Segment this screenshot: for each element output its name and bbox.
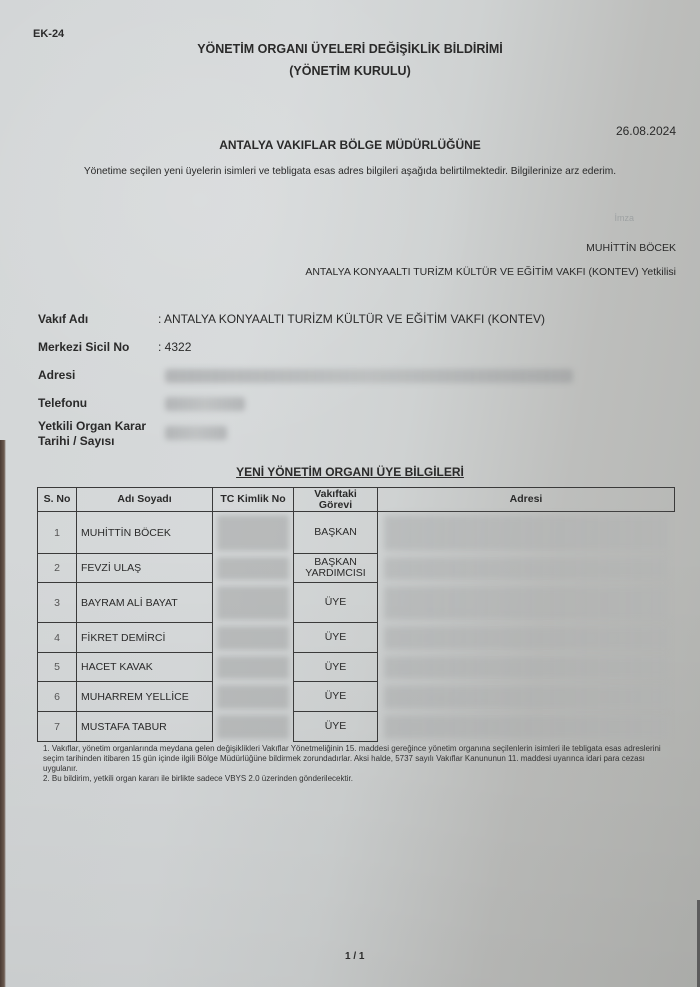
redacted-address [165,369,573,383]
intro-text: Yönetime seçilen yeni üyelerin isimleri … [0,166,700,177]
redacted-tc [213,583,294,623]
redacted-member-address [378,653,675,682]
col-header-duty: Vakıftaki Görevi [294,488,378,512]
redacted-tc [213,682,294,712]
member-duty: BAŞKAN YARDIMCISI [294,554,378,583]
redacted-member-address [378,583,675,623]
col-header-name: Adı Soyadı [77,488,213,512]
footnotes: 1. Vakıflar, yönetim organlarında meydan… [43,744,673,784]
row-number: 4 [38,623,77,653]
redacted-decision [165,426,227,440]
member-duty: BAŞKAN [294,512,378,554]
karar-label-line2: Tarihi / Sayısı [38,434,114,448]
row-number: 3 [38,583,77,623]
footnote-1: 1. Vakıflar, yönetim organlarında meydan… [43,744,673,774]
redacted-member-address [378,712,675,742]
member-name: MUHİTTİN BÖCEK [77,512,213,554]
member-duty: ÜYE [294,682,378,712]
addressee: ANTALYA VAKIFLAR BÖLGE MÜDÜRLÜĞÜNE [0,138,700,152]
document-subtitle: (YÖNETİM KURULU) [0,64,700,78]
col-header-no: S. No [38,488,77,512]
document-date: 26.08.2024 [616,124,676,138]
members-section-title: YENİ YÖNETİM ORGANI ÜYE BİLGİLERİ [0,465,700,479]
table-row: 6MUHARREM YELLİCEÜYE [38,682,675,712]
member-duty: ÜYE [294,583,378,623]
redacted-tc [213,653,294,682]
sicil-value: : 4322 [158,340,191,354]
document-title: YÖNETİM ORGANI ÜYELERİ DEĞİŞİKLİK BİLDİR… [0,42,700,56]
redacted-phone [165,397,245,411]
member-duty: ÜYE [294,653,378,682]
redacted-member-address [378,623,675,653]
vakif-adi-label: Vakıf Adı [38,312,88,326]
page-indicator: 1 / 1 [345,951,364,962]
member-name: FEVZİ ULAŞ [77,554,213,583]
signer-role: ANTALYA KONYAALTI TURİZM KÜLTÜR VE EĞİTİ… [305,266,676,278]
col-header-address: Adresi [378,488,675,512]
footnote-2: 2. Bu bildirim, yetkili organ kararı ile… [43,774,673,784]
karar-label-line1: Yetkili Organ Karar [38,419,146,433]
form-code: EK-24 [33,28,64,40]
redacted-tc [213,554,294,583]
desk-edge-left [0,440,6,987]
table-row: 2FEVZİ ULAŞBAŞKAN YARDIMCISI [38,554,675,583]
signature-label: İmza [614,213,634,223]
row-number: 1 [38,512,77,554]
redacted-tc [213,623,294,653]
member-name: FİKRET DEMİRCİ [77,623,213,653]
table-row: 1MUHİTTİN BÖCEKBAŞKAN [38,512,675,554]
table-row: 3BAYRAM ALİ BAYATÜYE [38,583,675,623]
col-header-tc: TC Kimlik No [213,488,294,512]
row-number: 7 [38,712,77,742]
adres-label: Adresi [38,368,75,382]
table-row: 7MUSTAFA TABURÜYE [38,712,675,742]
row-number: 2 [38,554,77,583]
member-name: MUSTAFA TABUR [77,712,213,742]
member-name: MUHARREM YELLİCE [77,682,213,712]
row-number: 6 [38,682,77,712]
member-duty: ÜYE [294,712,378,742]
member-duty: ÜYE [294,623,378,653]
vakif-adi-value: : ANTALYA KONYAALTI TURİZM KÜLTÜR VE EĞİ… [158,312,545,326]
redacted-tc [213,712,294,742]
redacted-tc [213,512,294,554]
sicil-label: Merkezi Sicil No [38,340,129,354]
table-row: 4FİKRET DEMİRCİÜYE [38,623,675,653]
row-number: 5 [38,653,77,682]
members-table: S. No Adı Soyadı TC Kimlik No Vakıftaki … [37,487,675,742]
table-row: 5HACET KAVAKÜYE [38,653,675,682]
member-name: HACET KAVAK [77,653,213,682]
member-name: BAYRAM ALİ BAYAT [77,583,213,623]
redacted-member-address [378,554,675,583]
redacted-member-address [378,512,675,554]
redacted-member-address [378,682,675,712]
signer-name: MUHİTTİN BÖCEK [586,242,676,254]
telefon-label: Telefonu [38,396,87,410]
